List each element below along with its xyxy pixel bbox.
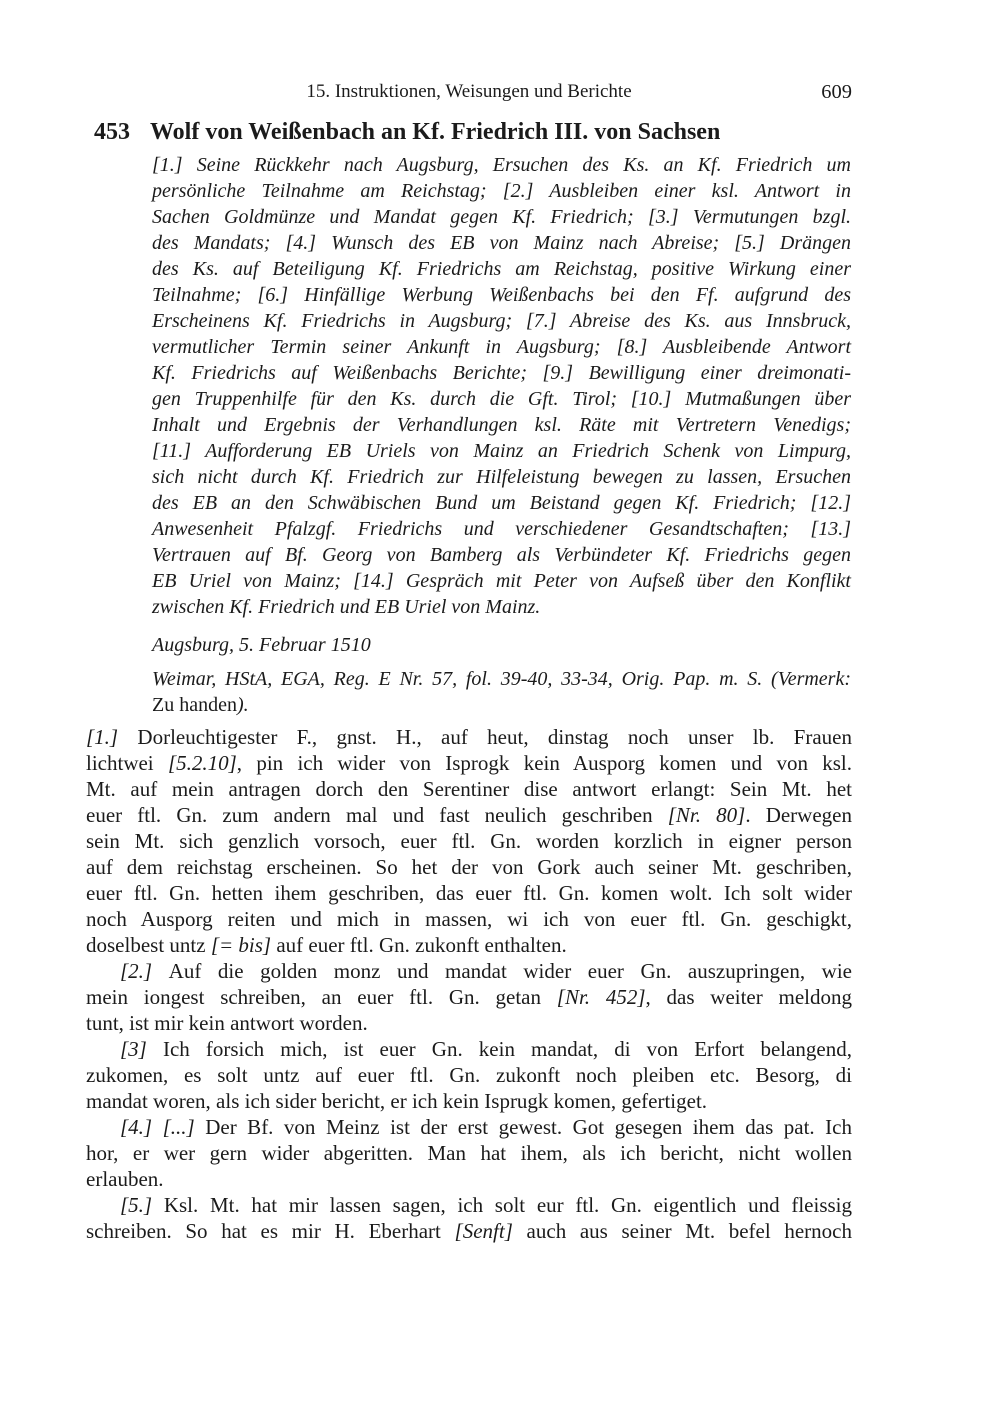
paragraph: [2.] Auf die golden monz und mandat wide… [86, 958, 852, 1036]
text-run: hor, er wer gern wider abgeritten. Man h… [86, 1141, 852, 1165]
italic-text-run: Sachen Goldmünze und Mandat gegen Kf. Fr… [152, 206, 851, 228]
text-line: [1.] Seine Rückkehr nach Augsburg, Ersuc… [152, 152, 851, 178]
text-run: . Derwegen [745, 803, 852, 827]
italic-text-run: ). [237, 694, 249, 716]
text-run: Ksl. Mt. hat mir lassen sagen, ich solt … [164, 1193, 852, 1217]
text-run: Mt. auf mein antragen dorch den Serentin… [86, 777, 852, 801]
text-run: noch Ausporg reiten und mich in massen, … [86, 907, 852, 931]
text-line: schreiben. So hat es mir H. Eberhart [Se… [86, 1218, 852, 1244]
date-place-line: Augsburg, 5. Februar 1510 [152, 632, 851, 658]
text-line: Kf. Friedrichs auf Weißenbachs Berichte;… [152, 360, 851, 386]
running-header: 15. Instruktionen, Weisungen und Bericht… [86, 80, 852, 104]
text-run: mein iongest schreiben, an euer ftl. Gn.… [86, 985, 557, 1009]
entry-title: Wolf von Weißenbach an Kf. Friedrich III… [150, 119, 720, 145]
text-line: Anwesenheit Pfalzgf. Friedrichs und vers… [152, 516, 851, 542]
text-line: Weimar, HStA, EGA, Reg. E Nr. 57, fol. 3… [152, 666, 851, 692]
italic-text-run: [3] [120, 1037, 163, 1061]
italic-text-run: [1.] Seine Rückkehr nach Augsburg, Ersuc… [152, 154, 851, 176]
text-run: , das weiter meldong [646, 985, 853, 1009]
italic-text-run: gen Truppenhilfe für den Ks. durch die G… [152, 388, 851, 410]
text-line: Teilnahme; [6.] Hinfällige Werbung Weiße… [152, 282, 851, 308]
text-line: vermutlicher Termin seiner Ankunft in Au… [152, 334, 851, 360]
italic-text-run: [2.] [120, 959, 169, 983]
text-line: [3] Ich forsich mich, ist euer Gn. kein … [86, 1036, 852, 1062]
italic-text-run: [Senft] [455, 1219, 513, 1243]
italic-text-run: Inhalt und Ergebnis der Verhandlungen ks… [152, 414, 851, 436]
text-run: Zu handen [152, 694, 237, 716]
book-page: 15. Instruktionen, Weisungen und Bericht… [0, 0, 1004, 1418]
text-run: tunt, ist mir kein antwort worden. [86, 1011, 368, 1035]
text-run: Dorleuchtigester F., gnst. H., auf heut,… [137, 725, 852, 749]
text-run: sein Mt. sich genzlich vorsoch, euer ftl… [86, 829, 852, 853]
text-run: auf euer ftl. Gn. zukonft enthalten. [271, 933, 567, 957]
text-line: zwischen Kf. Friedrich und EB Uriel von … [152, 594, 851, 620]
text-line: mandat woren, als ich sider bericht, er … [86, 1088, 852, 1114]
text-line: EB Uriel von Mainz; [14.] Gespräch mit P… [152, 568, 851, 594]
text-run: doselbest untz [86, 933, 211, 957]
text-line: noch Ausporg reiten und mich in massen, … [86, 906, 852, 932]
text-line: [2.] Auf die golden monz und mandat wide… [86, 958, 852, 984]
text-line: auf dem reichstag erscheinen. So het der… [86, 854, 852, 880]
text-run: auf dem reichstag erscheinen. So het der… [86, 855, 852, 879]
page-number: 609 [821, 80, 852, 104]
italic-text-run: [5.2.10] [168, 751, 237, 775]
text-line: euer ftl. Gn. hetten ihem geschriben, da… [86, 880, 852, 906]
text-line: erlauben. [86, 1166, 852, 1192]
text-run: auch aus seiner Mt. befel hernoch [513, 1219, 852, 1243]
text-line: gen Truppenhilfe für den Ks. durch die G… [152, 386, 851, 412]
text-line: sein Mt. sich genzlich vorsoch, euer ftl… [86, 828, 852, 854]
text-run: , pin ich wider von Isprogk kein Ausporg… [237, 751, 852, 775]
running-title: 15. Instruktionen, Weisungen und Bericht… [306, 81, 631, 102]
italic-text-run: [11.] Aufforderung EB Uriels von Mainz a… [152, 440, 851, 462]
entry-number: 453 [94, 117, 150, 147]
text-run: Der Bf. von Meinz ist der erst gewest. G… [205, 1115, 852, 1139]
summary-regest: [1.] Seine Rückkehr nach Augsburg, Ersuc… [152, 152, 851, 620]
letter-body: [1.] Dorleuchtigester F., gnst. H., auf … [86, 724, 852, 1244]
italic-text-run: Teilnahme; [6.] Hinfällige Werbung Weiße… [152, 284, 851, 306]
italic-text-run: [4.] [...] [120, 1115, 205, 1139]
text-run: Ich forsich mich, ist euer Gn. kein mand… [163, 1037, 852, 1061]
italic-text-run: Anwesenheit Pfalzgf. Friedrichs und vers… [152, 518, 851, 540]
text-line: lichtwei [5.2.10], pin ich wider von Isp… [86, 750, 852, 776]
text-run: mandat woren, als ich sider bericht, er … [86, 1089, 707, 1113]
italic-text-run: EB Uriel von Mainz; [14.] Gespräch mit P… [152, 570, 851, 592]
archive-source-block: Weimar, HStA, EGA, Reg. E Nr. 57, fol. 3… [152, 666, 851, 718]
text-line: Zu handen). [152, 692, 851, 718]
paragraph: [5.] Ksl. Mt. hat mir lassen sagen, ich … [86, 1192, 852, 1244]
text-line: [4.] [...] Der Bf. von Meinz ist der ers… [86, 1114, 852, 1140]
paragraph: [4.] [...] Der Bf. von Meinz ist der ers… [86, 1114, 852, 1192]
paragraph: [1.] Dorleuchtigester F., gnst. H., auf … [86, 724, 852, 958]
text-line: des EB an den Schwäbischen Bund um Beist… [152, 490, 851, 516]
text-line: Inhalt und Ergebnis der Verhandlungen ks… [152, 412, 851, 438]
italic-text-run: [5.] [120, 1193, 164, 1217]
text-line: mein iongest schreiben, an euer ftl. Gn.… [86, 984, 852, 1010]
italic-text-run: [1.] [86, 725, 137, 749]
text-run: schreiben. So hat es mir H. Eberhart [86, 1219, 455, 1243]
italic-text-run: zwischen Kf. Friedrich und EB Uriel von … [152, 596, 540, 618]
text-line: [1.] Dorleuchtigester F., gnst. H., auf … [86, 724, 852, 750]
text-line: [5.] Ksl. Mt. hat mir lassen sagen, ich … [86, 1192, 852, 1218]
italic-text-run: vermutlicher Termin seiner Ankunft in Au… [152, 336, 851, 358]
entry-heading: 453Wolf von Weißenbach an Kf. Friedrich … [86, 117, 852, 147]
italic-text-run: sich nicht durch Kf. Friedrich zur Hilfe… [152, 466, 851, 488]
italic-text-run: Weimar, HStA, EGA, Reg. E Nr. 57, fol. 3… [152, 668, 851, 690]
italic-text-run: [Nr. 80] [668, 803, 746, 827]
text-run: euer ftl. Gn. zum andern mal und fast ne… [86, 803, 668, 827]
italic-text-run: [Nr. 452] [557, 985, 646, 1009]
text-run: euer ftl. Gn. hetten ihem geschriben, da… [86, 881, 852, 905]
text-line: [11.] Aufforderung EB Uriels von Mainz a… [152, 438, 851, 464]
text-line: Vertrauen auf Bf. Georg von Bamberg als … [152, 542, 851, 568]
text-line: des Mandats; [4.] Wunsch des EB von Main… [152, 230, 851, 256]
text-line: hor, er wer gern wider abgeritten. Man h… [86, 1140, 852, 1166]
text-line: Sachen Goldmünze und Mandat gegen Kf. Fr… [152, 204, 851, 230]
text-line: sich nicht durch Kf. Friedrich zur Hilfe… [152, 464, 851, 490]
italic-text-run: [= bis] [211, 933, 271, 957]
text-run: zukomen, es solt untz auf euer ftl. Gn. … [86, 1063, 852, 1087]
italic-text-run: persönliche Teilnahme am Reichstag; [2.]… [152, 180, 851, 202]
text-line: Erscheinens Kf. Friedrichs in Augsburg; … [152, 308, 851, 334]
text-run: erlauben. [86, 1167, 164, 1191]
italic-text-run: des EB an den Schwäbischen Bund um Beist… [152, 492, 851, 514]
text-run: Auf die golden monz und mandat wider eue… [169, 959, 852, 983]
text-line: doselbest untz [= bis] auf euer ftl. Gn.… [86, 932, 852, 958]
paragraph: [3] Ich forsich mich, ist euer Gn. kein … [86, 1036, 852, 1114]
text-line: Mt. auf mein antragen dorch den Serentin… [86, 776, 852, 802]
italic-text-run: Erscheinens Kf. Friedrichs in Augsburg; … [152, 310, 851, 332]
italic-text-run: des Ks. auf Beteiligung Kf. Friedrichs a… [152, 258, 851, 280]
text-run: lichtwei [86, 751, 168, 775]
text-line: tunt, ist mir kein antwort worden. [86, 1010, 852, 1036]
italic-text-run: Vertrauen auf Bf. Georg von Bamberg als … [152, 544, 851, 566]
italic-text-run: Kf. Friedrichs auf Weißenbachs Berichte;… [152, 362, 851, 384]
italic-text-run: des Mandats; [4.] Wunsch des EB von Main… [152, 232, 851, 254]
text-line: euer ftl. Gn. zum andern mal und fast ne… [86, 802, 852, 828]
text-line: persönliche Teilnahme am Reichstag; [2.]… [152, 178, 851, 204]
text-line: zukomen, es solt untz auf euer ftl. Gn. … [86, 1062, 852, 1088]
text-line: des Ks. auf Beteiligung Kf. Friedrichs a… [152, 256, 851, 282]
